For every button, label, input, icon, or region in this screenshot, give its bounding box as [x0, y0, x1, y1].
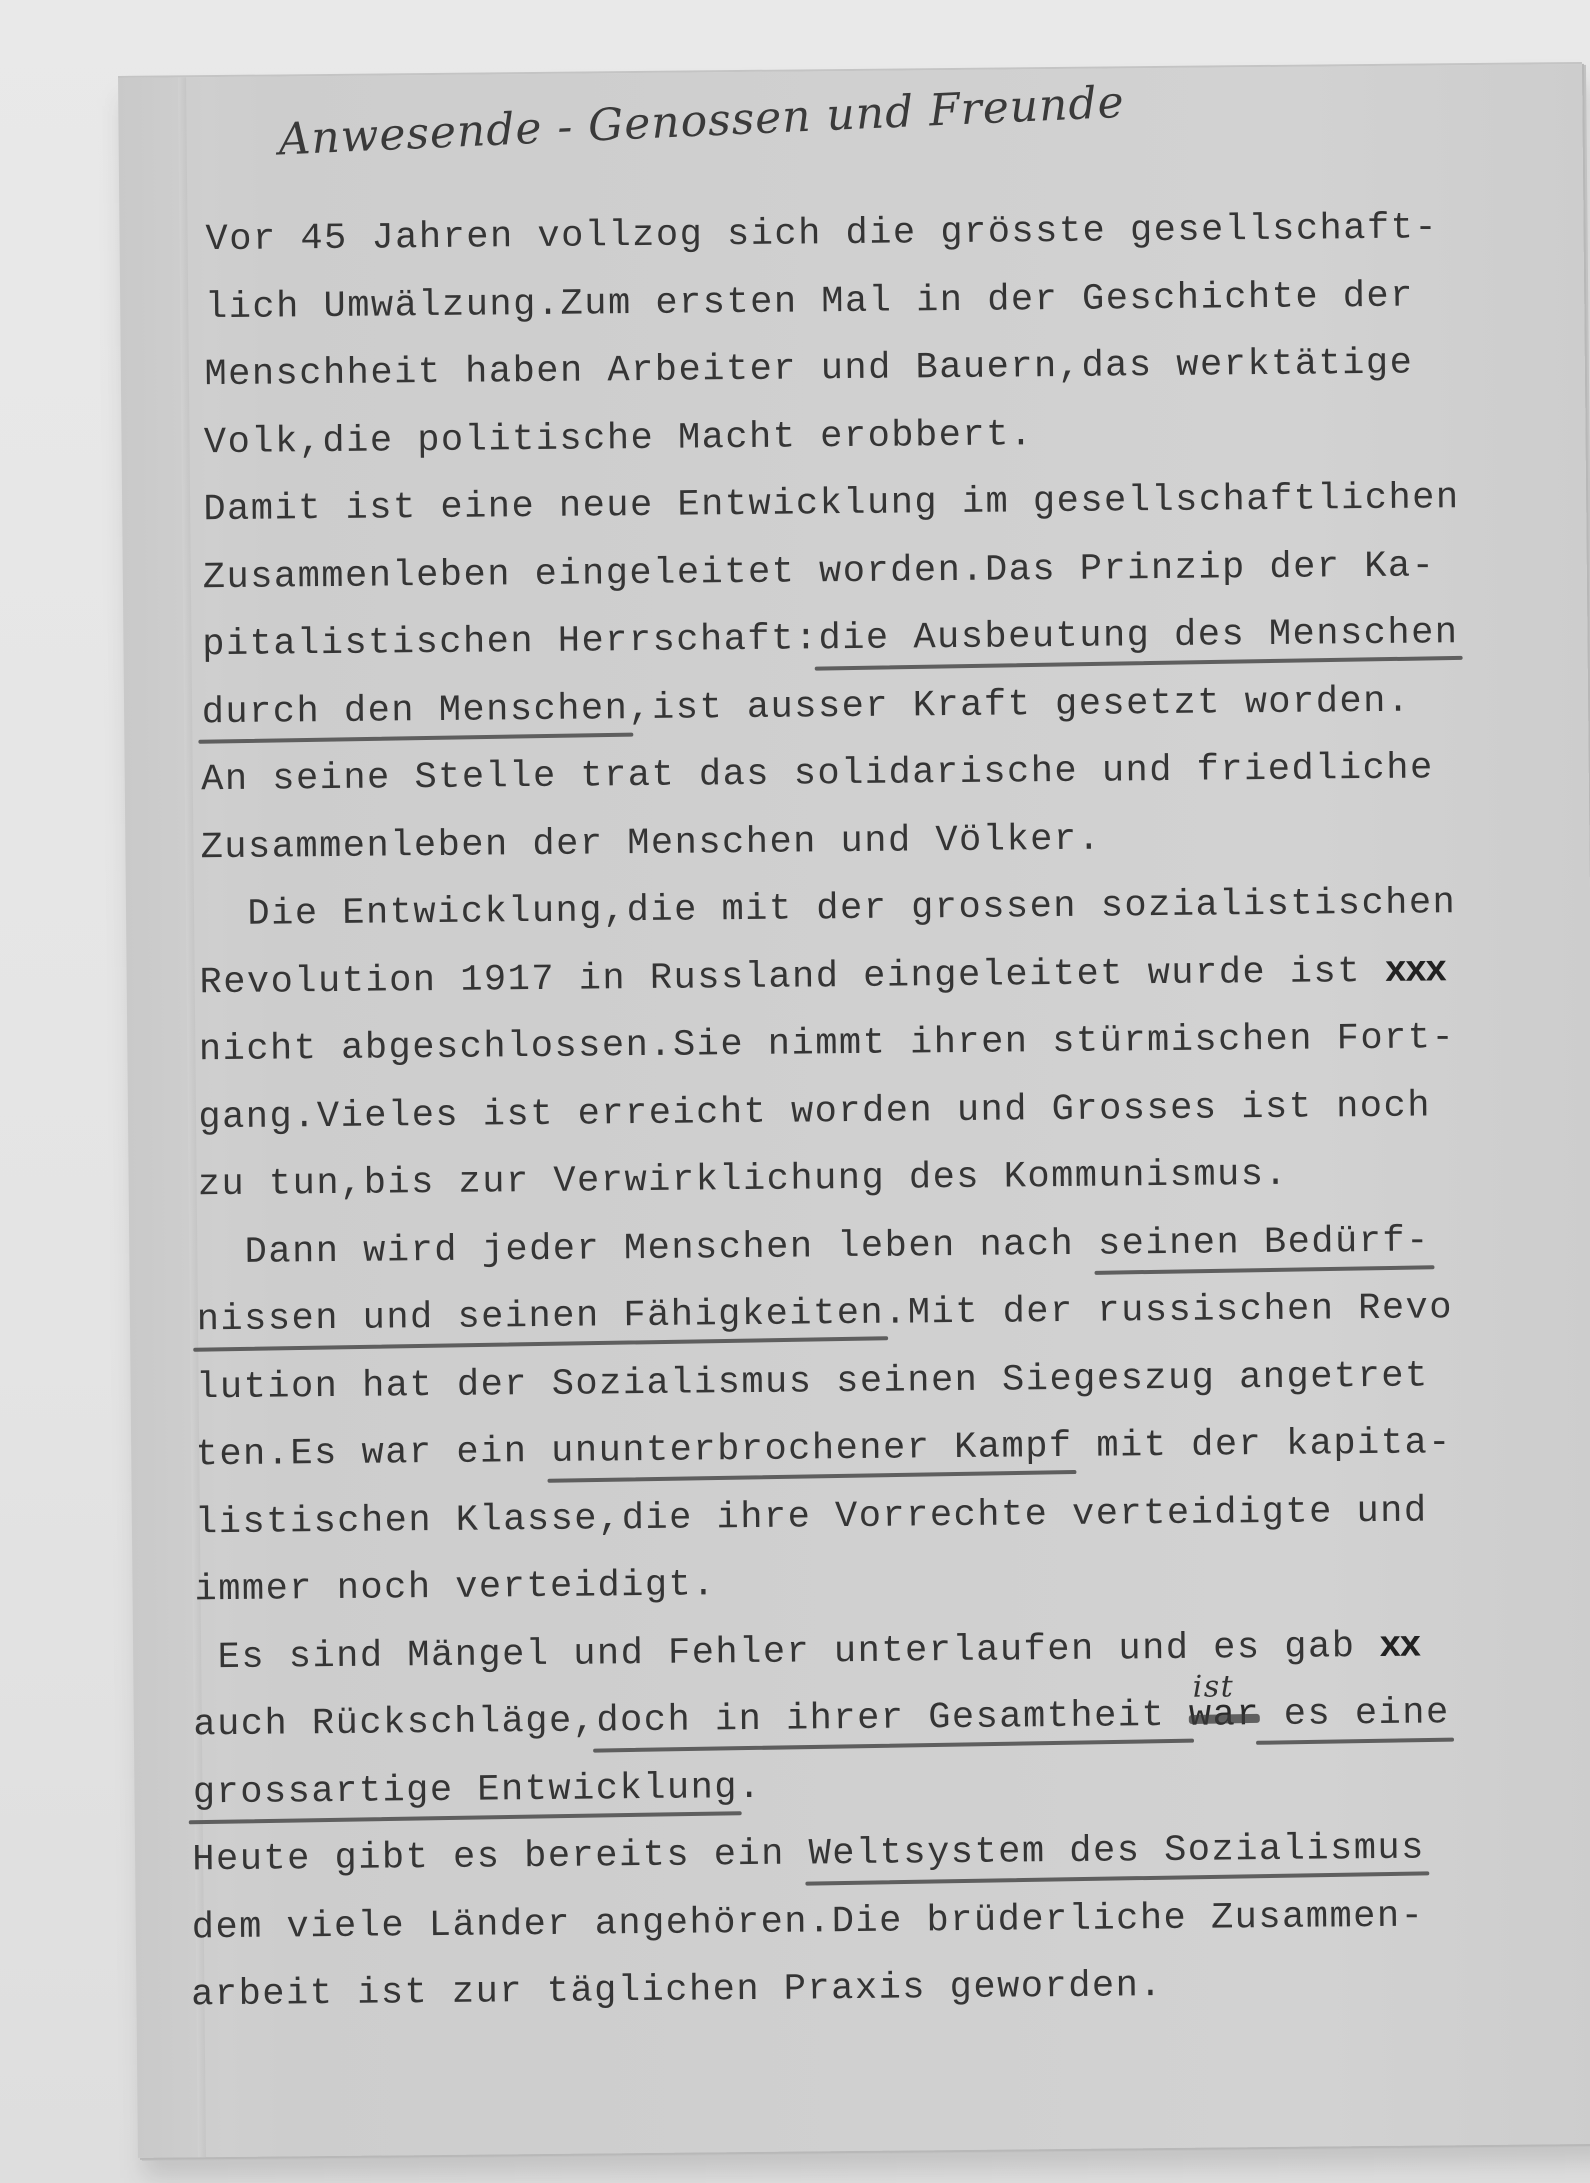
typed-text: Menschheit haben Arbeiter und Bauern,das… [204, 343, 1413, 397]
underlined-phrase: grossartige Entwicklung [193, 1767, 739, 1814]
struck-word: warist [1189, 1694, 1261, 1737]
typed-text: ten.Es war ein [195, 1431, 551, 1476]
underlined-phrase: ununterbrochener Kampf [551, 1426, 1073, 1473]
underlined-phrase: die Ausbeutung des Menschen [818, 612, 1458, 660]
typed-xout: xx [1379, 1625, 1420, 1667]
underlined-phrase: nissen und seinen Fähigkeiten [197, 1293, 885, 1342]
text-line: arbeit ist zur täglichen Praxis geworden… [157, 1959, 1589, 2040]
typed-text: pitalistischen Herrschaft: [202, 618, 819, 666]
typed-text: auch Rückschläge, [193, 1700, 596, 1746]
handwritten-insertion: ist [1192, 1664, 1234, 1710]
typed-xout: xxx [1384, 950, 1445, 993]
typed-text: ,ist ausser Kraft gesetzt worden. [628, 680, 1411, 730]
typed-text: Zusammenleben der Menschen und Völker. [200, 818, 1101, 869]
typed-text: dem viele Länder angehören.Die brüderlic… [192, 1895, 1425, 1949]
typed-text: Zusammenleben eingeleitet worden.Das Pri… [203, 545, 1436, 599]
typed-text: lution hat der Sozialismus seinen Sieges… [196, 1355, 1429, 1409]
handwritten-title: Anwesende - Genossen und Freunde [277, 77, 1125, 166]
typed-text: immer noch verteidigt. [194, 1564, 716, 1611]
typed-text: Vor 45 Jahren vollzog sich die grösste g… [205, 207, 1438, 261]
typed-text: . [738, 1766, 762, 1808]
typed-text: nicht abgeschlossen.Sie nimmt ihren stür… [199, 1017, 1456, 1071]
typewritten-page: Anwesende - Genossen und Freunde Vor 45 … [118, 62, 1590, 2158]
typed-text: mit der kapita- [1072, 1422, 1452, 1468]
underlined-phrase: doch in ihrer Gesamtheit [596, 1695, 1189, 1743]
typed-text: An seine Stelle trat das solidarische un… [201, 747, 1434, 801]
typed-text: Heute gibt es bereits ein [192, 1833, 809, 1881]
underlined-phrase: Weltsystem des Sozialismus [808, 1828, 1425, 1876]
underlined-phrase: durch den Menschen [202, 688, 629, 734]
typed-text: lich Umwälzung.Zum ersten Mal in der Ges… [205, 275, 1414, 329]
typed-text: Volk,die politische Macht erobbert. [204, 414, 1034, 464]
typed-text: Die Entwicklung,die mit der grossen sozi… [200, 882, 1457, 936]
typed-text: arbeit ist zur täglichen Praxis geworden… [191, 1965, 1163, 2016]
typed-body: Vor 45 Jahren vollzog sich die grösste g… [171, 204, 1588, 2040]
typed-text: Revolution 1917 in Russland eingeleitet … [199, 950, 1385, 1003]
typed-text: Dann wird jeder Menschen leben nach [197, 1223, 1098, 1274]
typed-text: .Mit der russischen Revo [884, 1287, 1453, 1334]
typed-text: zu tun,bis zur Verwirklichung des Kommun… [198, 1154, 1289, 1206]
typed-text: listischen Klasse,die ihre Vorrechte ver… [195, 1490, 1428, 1544]
typed-text: Damit ist eine neue Entwicklung im gesel… [203, 477, 1460, 531]
typed-text: gang.Vieles ist erreicht worden und Gros… [198, 1085, 1431, 1139]
underlined-phrase: seinen Bedürf- [1098, 1220, 1430, 1265]
underlined-phrase: es eine [1260, 1692, 1450, 1736]
